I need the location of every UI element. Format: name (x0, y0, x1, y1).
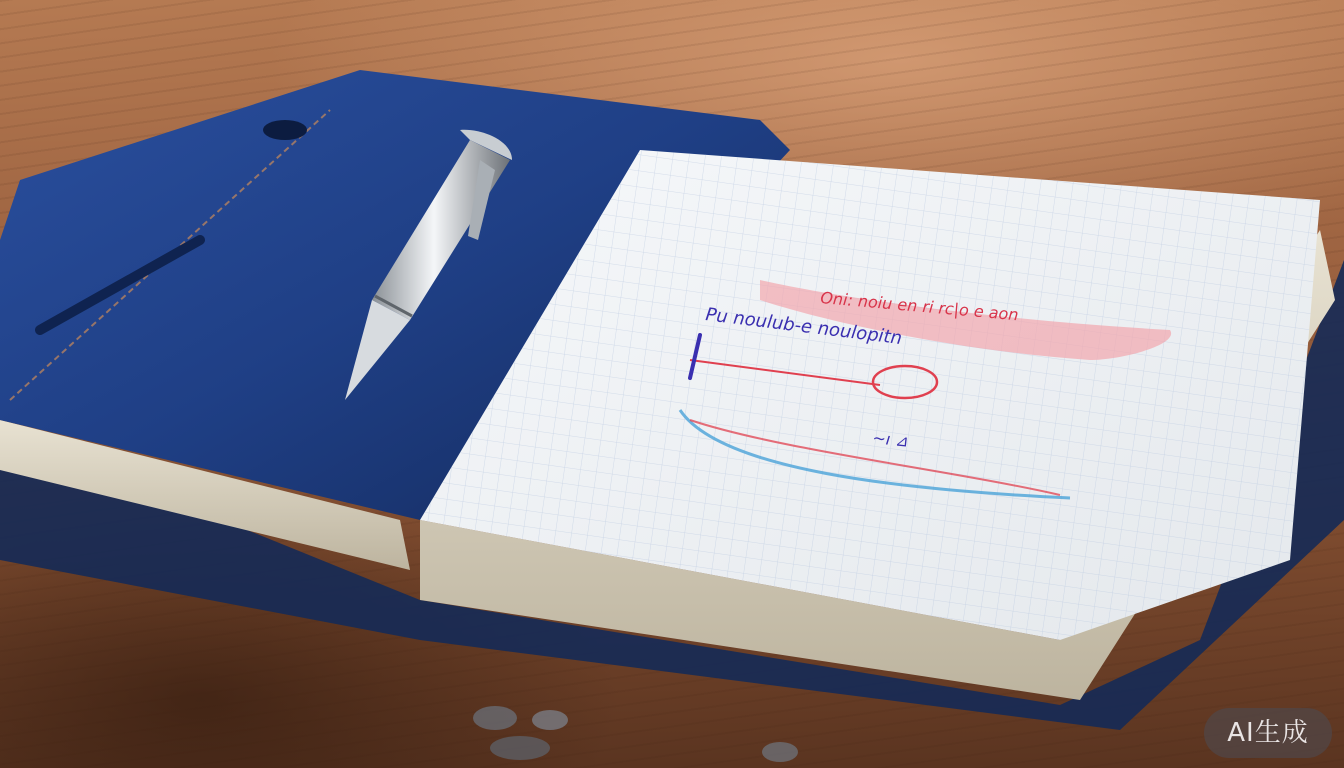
notebook-illustration: Oni: noiu en ri rc|o e aon Pu noulub-e n… (0, 0, 1344, 768)
ai-generated-badge: AI生成 (1204, 708, 1332, 758)
photo-scene: Oni: noiu en ri rc|o e aon Pu noulub-e n… (0, 0, 1344, 768)
blurred-clips (473, 706, 798, 762)
cover-hole (263, 120, 307, 140)
svg-text:~ı ⊿: ~ı ⊿ (872, 428, 910, 451)
